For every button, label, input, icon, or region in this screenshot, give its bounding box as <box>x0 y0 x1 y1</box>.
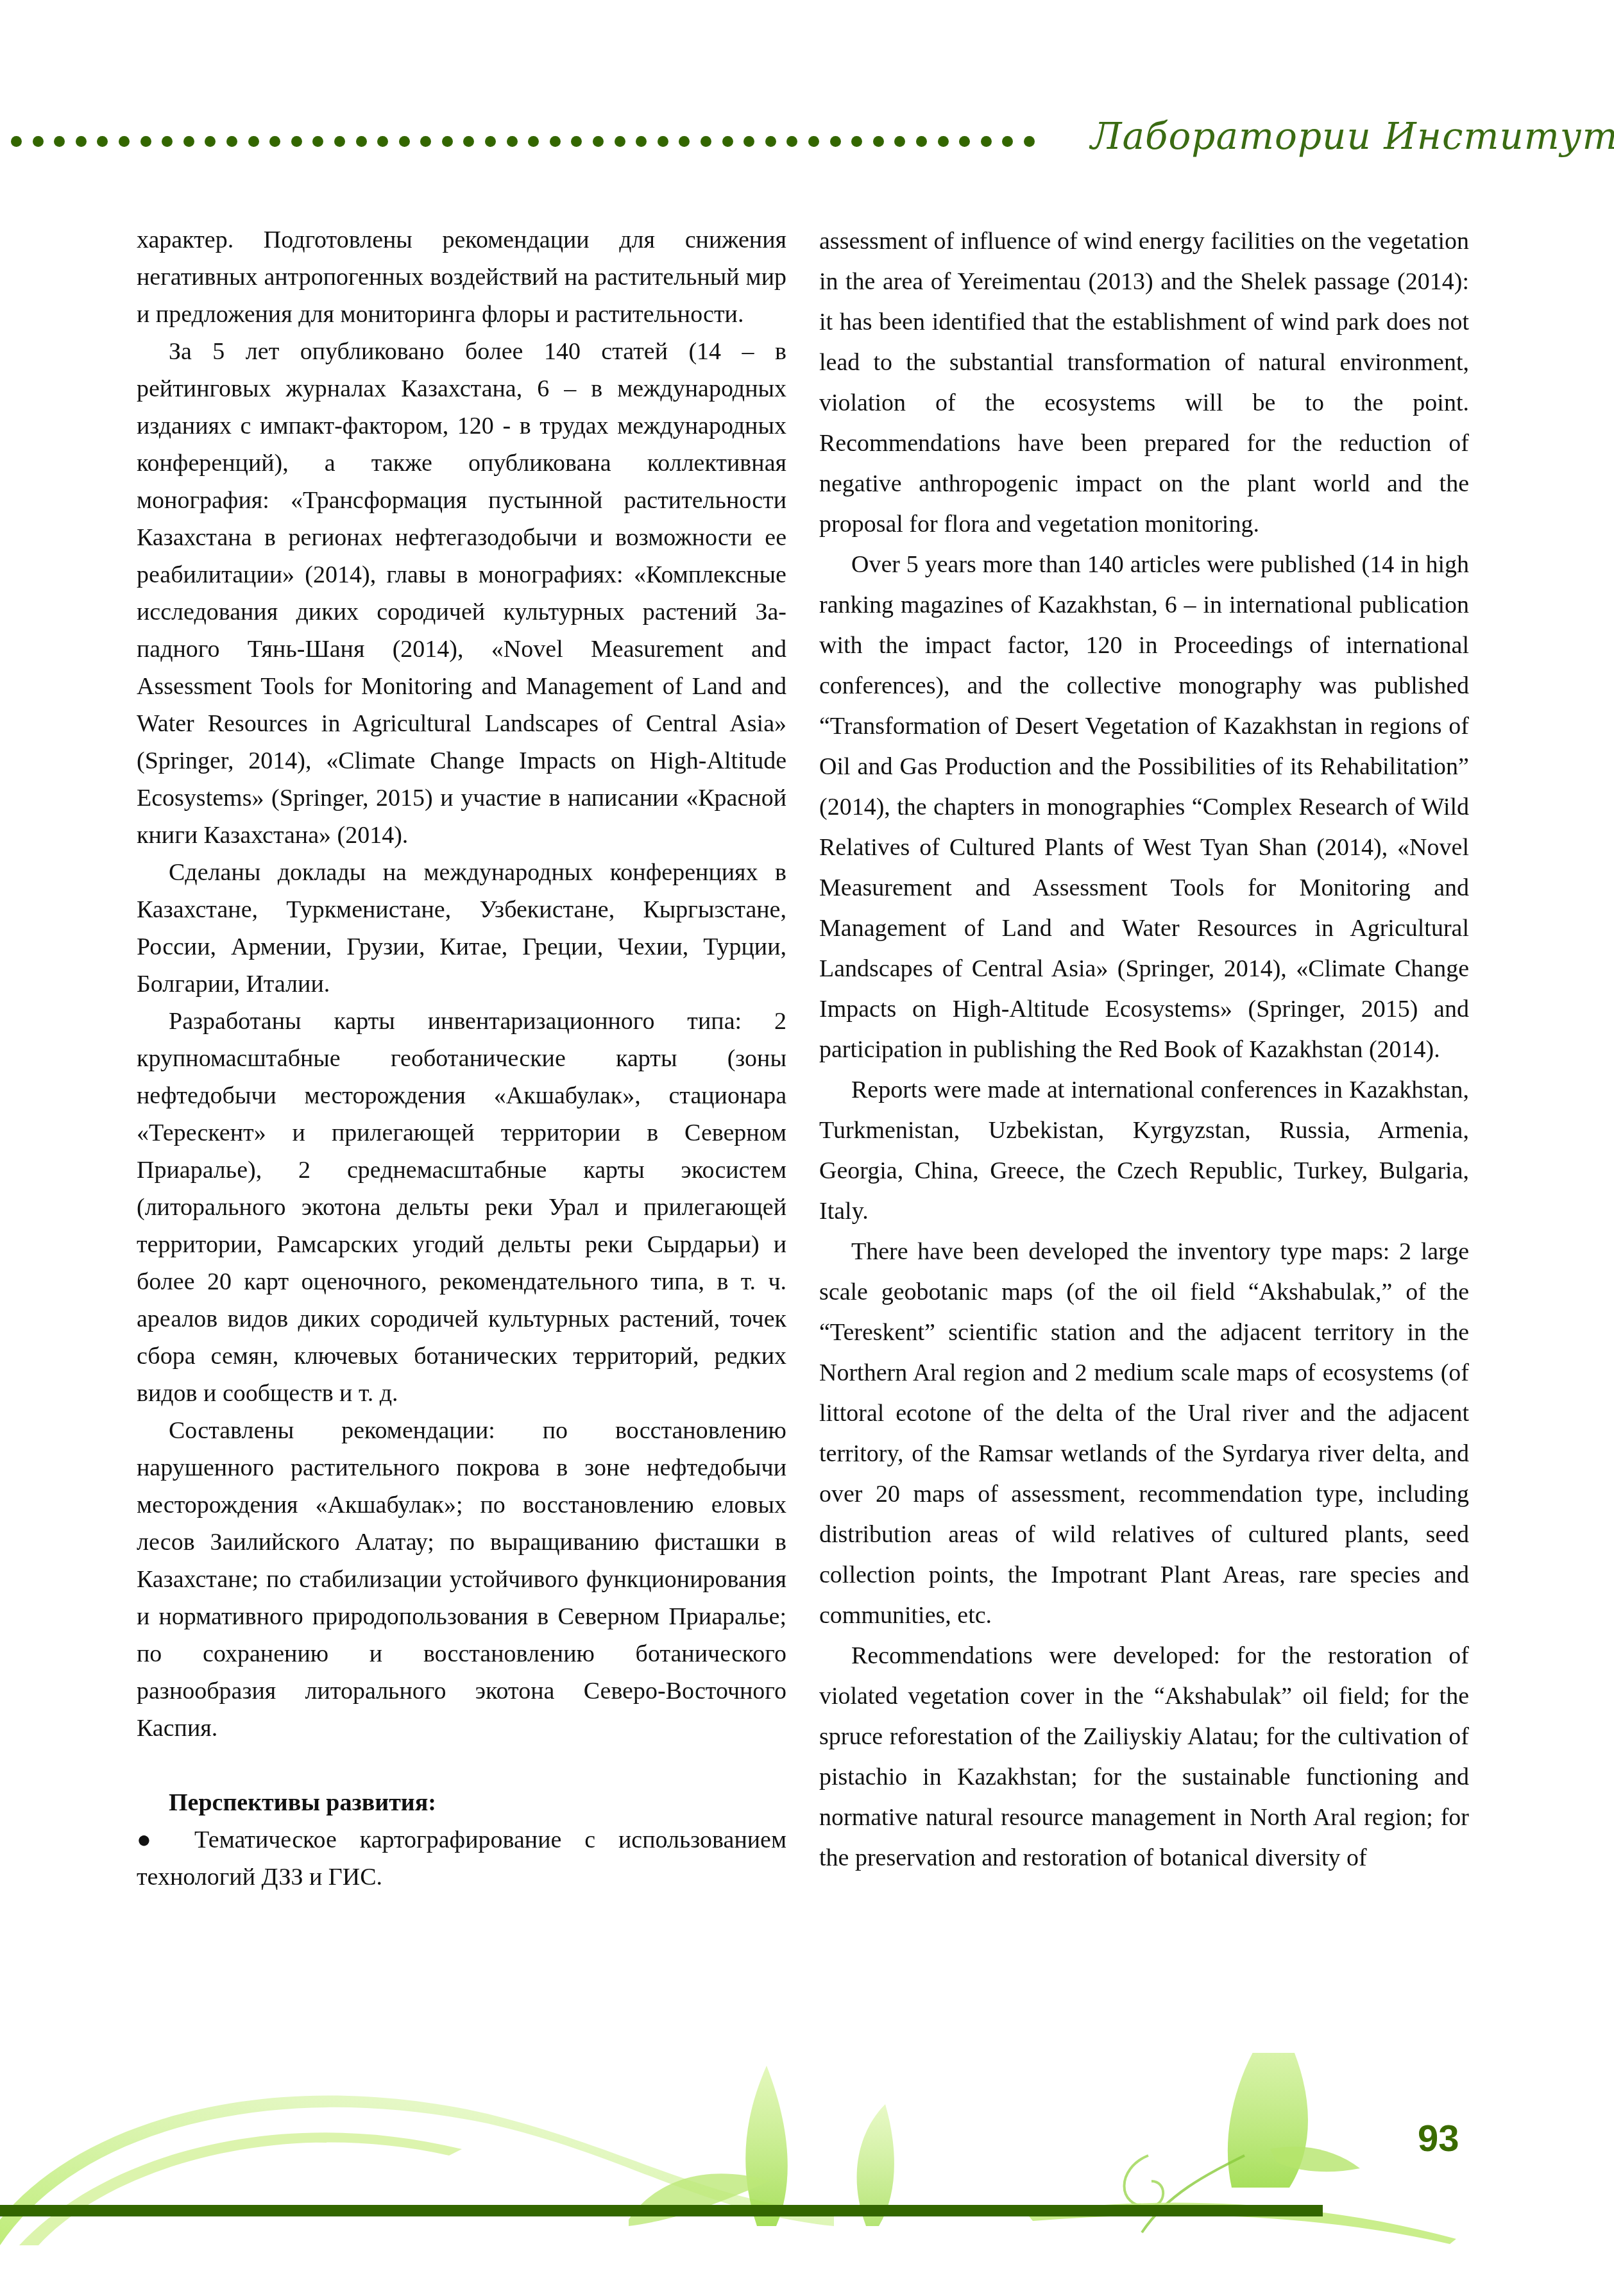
header-dot-icon <box>54 136 65 147</box>
header-dot-icon <box>959 136 970 147</box>
header-dot-icon <box>140 136 151 147</box>
header-dot-icon <box>183 136 194 147</box>
header-dot-icon <box>528 136 539 147</box>
footer-green-bar <box>0 2205 1323 2216</box>
paragraph-spacer <box>137 1747 786 1784</box>
header-dot-icon <box>658 136 668 147</box>
header-dot-icon <box>615 136 625 147</box>
header-dot-icon <box>485 136 496 147</box>
header-dot-icon <box>786 136 797 147</box>
paragraph: характер. Подготовлены рекомендации для … <box>137 221 786 333</box>
bullet-list-item: ●Тематическое картографирование с исполь… <box>137 1821 786 1896</box>
paragraph: Сделаны доклады на международных конфере… <box>137 854 786 1003</box>
header-dot-icon <box>97 136 108 147</box>
header-dot-icon <box>808 136 819 147</box>
header-dot-icon <box>722 136 733 147</box>
header-dot-icon <box>873 136 884 147</box>
header-dot-icon <box>765 136 776 147</box>
header-dot-icon <box>593 136 604 147</box>
header-dot-icon <box>291 136 302 147</box>
header-dot-icon <box>76 136 87 147</box>
paragraph: There have been developed the inventory … <box>819 1232 1469 1636</box>
header-dot-icon <box>312 136 323 147</box>
paragraph: Разработаны карты инвентаризационного ти… <box>137 1003 786 1412</box>
header-dot-icon <box>1002 136 1013 147</box>
header-dot-icon <box>269 136 280 147</box>
header-dot-icon <box>743 136 754 147</box>
header-dot-icon <box>205 136 216 147</box>
header-dotted-line <box>11 136 1037 148</box>
header-dot-icon <box>420 136 431 147</box>
header-dot-icon <box>399 136 410 147</box>
header-dot-icon <box>916 136 927 147</box>
header-dot-icon <box>550 136 561 147</box>
paragraph: За 5 лет опубликовано более 140 статей (… <box>137 333 786 854</box>
right-column-english: assessment of influence of wind energy f… <box>819 221 1469 1878</box>
section-heading: Перспективы развития: <box>137 1784 786 1821</box>
paragraph: Составлены рекомендации: по восстановле­… <box>137 1412 786 1747</box>
page-number: 93 <box>1418 2117 1459 2160</box>
header-dot-icon <box>636 136 647 147</box>
header-dot-icon <box>830 136 841 147</box>
header-dot-icon <box>377 136 388 147</box>
header-dot-icon <box>463 136 474 147</box>
header-dot-icon <box>679 136 690 147</box>
header-dot-icon <box>571 136 582 147</box>
header-dot-icon <box>248 136 259 147</box>
bullet-text: Тематическое картографирование с исполь­… <box>137 1826 786 1891</box>
paragraph: Recommendations were developed: for the … <box>819 1636 1469 1878</box>
leaf-decoration-icon <box>0 2053 1475 2245</box>
paragraph: Reports were made at international confe… <box>819 1070 1469 1232</box>
header-dot-icon <box>11 136 22 147</box>
header-dot-icon <box>1024 136 1035 147</box>
header-dot-icon <box>507 136 518 147</box>
left-column-russian: характер. Подготовлены рекомендации для … <box>137 221 786 1896</box>
paragraph: Over 5 years more than 140 articles were… <box>819 545 1469 1070</box>
header-dot-icon <box>938 136 949 147</box>
header-dot-icon <box>334 136 345 147</box>
header-dot-icon <box>119 136 130 147</box>
paragraph: assessment of influence of wind energy f… <box>819 221 1469 545</box>
header-dot-icon <box>894 136 905 147</box>
header-dot-icon <box>442 136 453 147</box>
header-dot-icon <box>701 136 711 147</box>
header-dot-icon <box>851 136 862 147</box>
header-dot-icon <box>33 136 44 147</box>
header-dot-icon <box>226 136 237 147</box>
header-dot-icon <box>356 136 367 147</box>
running-header-title: Лаборатории Института <box>1091 114 1614 158</box>
bullet-icon: ● <box>137 1821 194 1858</box>
header-dot-icon <box>981 136 992 147</box>
header-dot-icon <box>162 136 173 147</box>
